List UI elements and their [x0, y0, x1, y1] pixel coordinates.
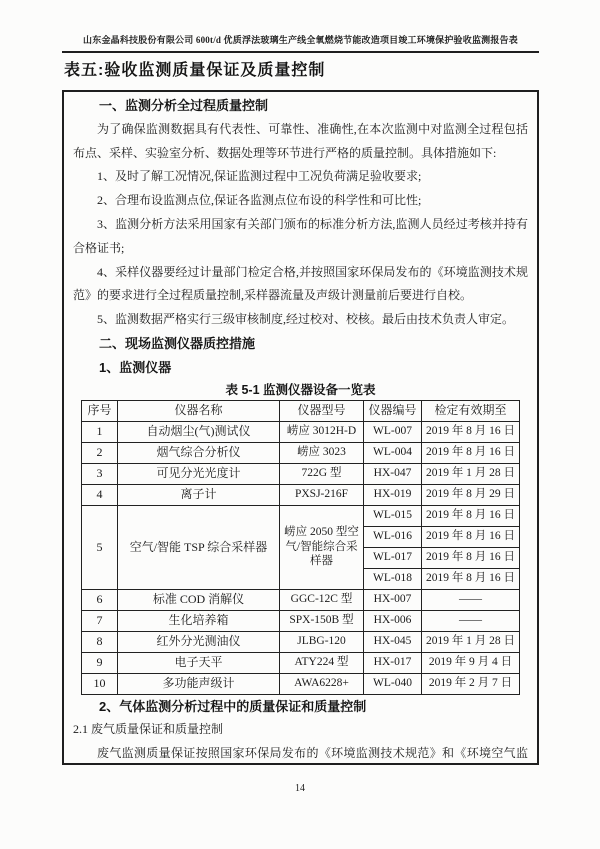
- section-3-paragraph: 废气监测质量保证按照国家环保局发布的《环境监测技术规范》和《环境空气监测质: [73, 742, 528, 765]
- cell-code: HX-019: [364, 484, 422, 505]
- cell-serial: 8: [82, 631, 118, 652]
- cell-code: HX-045: [364, 631, 422, 652]
- cell-serial: 10: [82, 673, 118, 694]
- cell-name: 标准 COD 消解仪: [118, 589, 280, 610]
- qc-item-3: 3、监测分析方法采用国家有关部门颁布的标准分析方法,监测人员经过考核并持有合格证…: [73, 213, 528, 261]
- page-title: 表五:验收监测质量保证及质量控制: [64, 57, 325, 80]
- cell-name: 可见分光光度计: [118, 463, 280, 484]
- section-2-heading: 二、现场监测仪器质控措施: [73, 332, 528, 356]
- cell-model: GGC-12C 型: [280, 589, 364, 610]
- qc-item-4: 4、采样仪器要经过计量部门检定合格,并按照国家环保局发布的《环境监测技术规范》的…: [73, 261, 528, 309]
- cell-serial: 7: [82, 610, 118, 631]
- table-row: 10多功能声级计AWA6228+WL-0402019 年 2 月 7 日: [82, 673, 520, 694]
- table-row: 3可见分光光度计722G 型HX-0472019 年 1 月 28 日: [82, 463, 520, 484]
- section-2-sub-1: 1、监测仪器: [73, 356, 528, 380]
- section-1-intro: 为了确保监测数据具有代表性、可靠性、准确性,在本次监测中对监测全过程包括布点、采…: [73, 118, 528, 166]
- column-header: 仪器名称: [118, 400, 280, 421]
- page-number: 14: [0, 783, 600, 794]
- cell-name: 多功能声级计: [118, 673, 280, 694]
- cell-code: WL-004: [364, 442, 422, 463]
- content-box: 一、监测分析全过程质量控制 为了确保监测数据具有代表性、可靠性、准确性,在本次监…: [62, 90, 539, 765]
- table-row: 8红外分光测油仪JLBG-120HX-0452019 年 1 月 28 日: [82, 631, 520, 652]
- cell-serial: 2: [82, 442, 118, 463]
- section-3-sub-1: 2.1 废气质量保证和质量控制: [73, 718, 528, 742]
- cell-date: 2019 年 1 月 28 日: [422, 463, 520, 484]
- cell-date: 2019 年 1 月 28 日: [422, 631, 520, 652]
- cell-date: 2019 年 8 月 16 日: [422, 442, 520, 463]
- cell-date: 2019 年 8 月 16 日: [422, 547, 520, 568]
- cell-serial: 6: [82, 589, 118, 610]
- cell-serial: 9: [82, 652, 118, 673]
- table-row: 5空气/智能 TSP 综合采样器崂应 2050 型空气/智能综合采样器WL-01…: [82, 505, 520, 526]
- cell-serial: 5: [82, 505, 118, 589]
- cell-model: 崂应 3023: [280, 442, 364, 463]
- cell-name: 空气/智能 TSP 综合采样器: [118, 505, 280, 589]
- cell-date: 2019 年 8 月 16 日: [422, 526, 520, 547]
- cell-date: 2019 年 2 月 7 日: [422, 673, 520, 694]
- cell-name: 生化培养箱: [118, 610, 280, 631]
- cell-date: 2019 年 8 月 16 日: [422, 505, 520, 526]
- cell-code: WL-017: [364, 547, 422, 568]
- table-row: 2烟气综合分析仪崂应 3023WL-0042019 年 8 月 16 日: [82, 442, 520, 463]
- cell-model: 崂应 2050 型空气/智能综合采样器: [280, 505, 364, 589]
- table-caption: 表 5-1 监测仪器设备一览表: [73, 380, 528, 400]
- cell-code: WL-007: [364, 421, 422, 442]
- table-row: 1自动烟尘(气)测试仪崂应 3012H-DWL-0072019 年 8 月 16…: [82, 421, 520, 442]
- table-row: 6标准 COD 消解仪GGC-12C 型HX-007——: [82, 589, 520, 610]
- cell-model: 722G 型: [280, 463, 364, 484]
- cell-model: 崂应 3012H-D: [280, 421, 364, 442]
- cell-date: ——: [422, 610, 520, 631]
- column-header: 仪器编号: [364, 400, 422, 421]
- cell-code: WL-016: [364, 526, 422, 547]
- cell-model: PXSJ-216F: [280, 484, 364, 505]
- instrument-table: 序号仪器名称仪器型号仪器编号检定有效期至 1自动烟尘(气)测试仪崂应 3012H…: [81, 400, 520, 695]
- qc-item-5: 5、监测数据严格实行三级审核制度,经过校对、校核。最后由技术负责人审定。: [73, 308, 528, 332]
- document-page: 山东金晶科技股份有限公司 600t/d 优质浮法玻璃生产线全氧燃烧节能改造项目竣…: [0, 0, 600, 849]
- cell-serial: 4: [82, 484, 118, 505]
- cell-code: HX-006: [364, 610, 422, 631]
- cell-model: ATY224 型: [280, 652, 364, 673]
- cell-model: AWA6228+: [280, 673, 364, 694]
- table-row: 7生化培养箱SPX-150B 型HX-006——: [82, 610, 520, 631]
- running-header: 山东金晶科技股份有限公司 600t/d 优质浮法玻璃生产线全氧燃烧节能改造项目竣…: [62, 33, 539, 53]
- table-row: 4离子计PXSJ-216FHX-0192019 年 8 月 29 日: [82, 484, 520, 505]
- cell-date: 2019 年 9 月 4 日: [422, 652, 520, 673]
- cell-code: WL-018: [364, 568, 422, 589]
- cell-code: HX-047: [364, 463, 422, 484]
- column-header: 序号: [82, 400, 118, 421]
- cell-name: 烟气综合分析仪: [118, 442, 280, 463]
- cell-date: 2019 年 8 月 16 日: [422, 421, 520, 442]
- cell-date: 2019 年 8 月 29 日: [422, 484, 520, 505]
- cell-serial: 3: [82, 463, 118, 484]
- cell-name: 离子计: [118, 484, 280, 505]
- section-1-heading: 一、监测分析全过程质量控制: [73, 94, 528, 118]
- cell-code: HX-017: [364, 652, 422, 673]
- cell-name: 红外分光测油仪: [118, 631, 280, 652]
- cell-name: 自动烟尘(气)测试仪: [118, 421, 280, 442]
- cell-date: 2019 年 8 月 16 日: [422, 568, 520, 589]
- cell-serial: 1: [82, 421, 118, 442]
- column-header: 检定有效期至: [422, 400, 520, 421]
- cell-code: WL-015: [364, 505, 422, 526]
- cell-date: ——: [422, 589, 520, 610]
- column-header: 仪器型号: [280, 400, 364, 421]
- cell-model: JLBG-120: [280, 631, 364, 652]
- cell-model: SPX-150B 型: [280, 610, 364, 631]
- cell-code: HX-007: [364, 589, 422, 610]
- cell-name: 电子天平: [118, 652, 280, 673]
- table-row: 9电子天平ATY224 型HX-0172019 年 9 月 4 日: [82, 652, 520, 673]
- qc-item-2: 2、合理布设监测点位,保证各监测点位布设的科学性和可比性;: [73, 189, 528, 213]
- cell-code: WL-040: [364, 673, 422, 694]
- table-header-row: 序号仪器名称仪器型号仪器编号检定有效期至: [82, 400, 520, 421]
- section-3-heading: 2、气体监测分析过程中的质量保证和质量控制: [73, 695, 528, 719]
- qc-item-1: 1、及时了解工况情况,保证监测过程中工况负荷满足验收要求;: [73, 165, 528, 189]
